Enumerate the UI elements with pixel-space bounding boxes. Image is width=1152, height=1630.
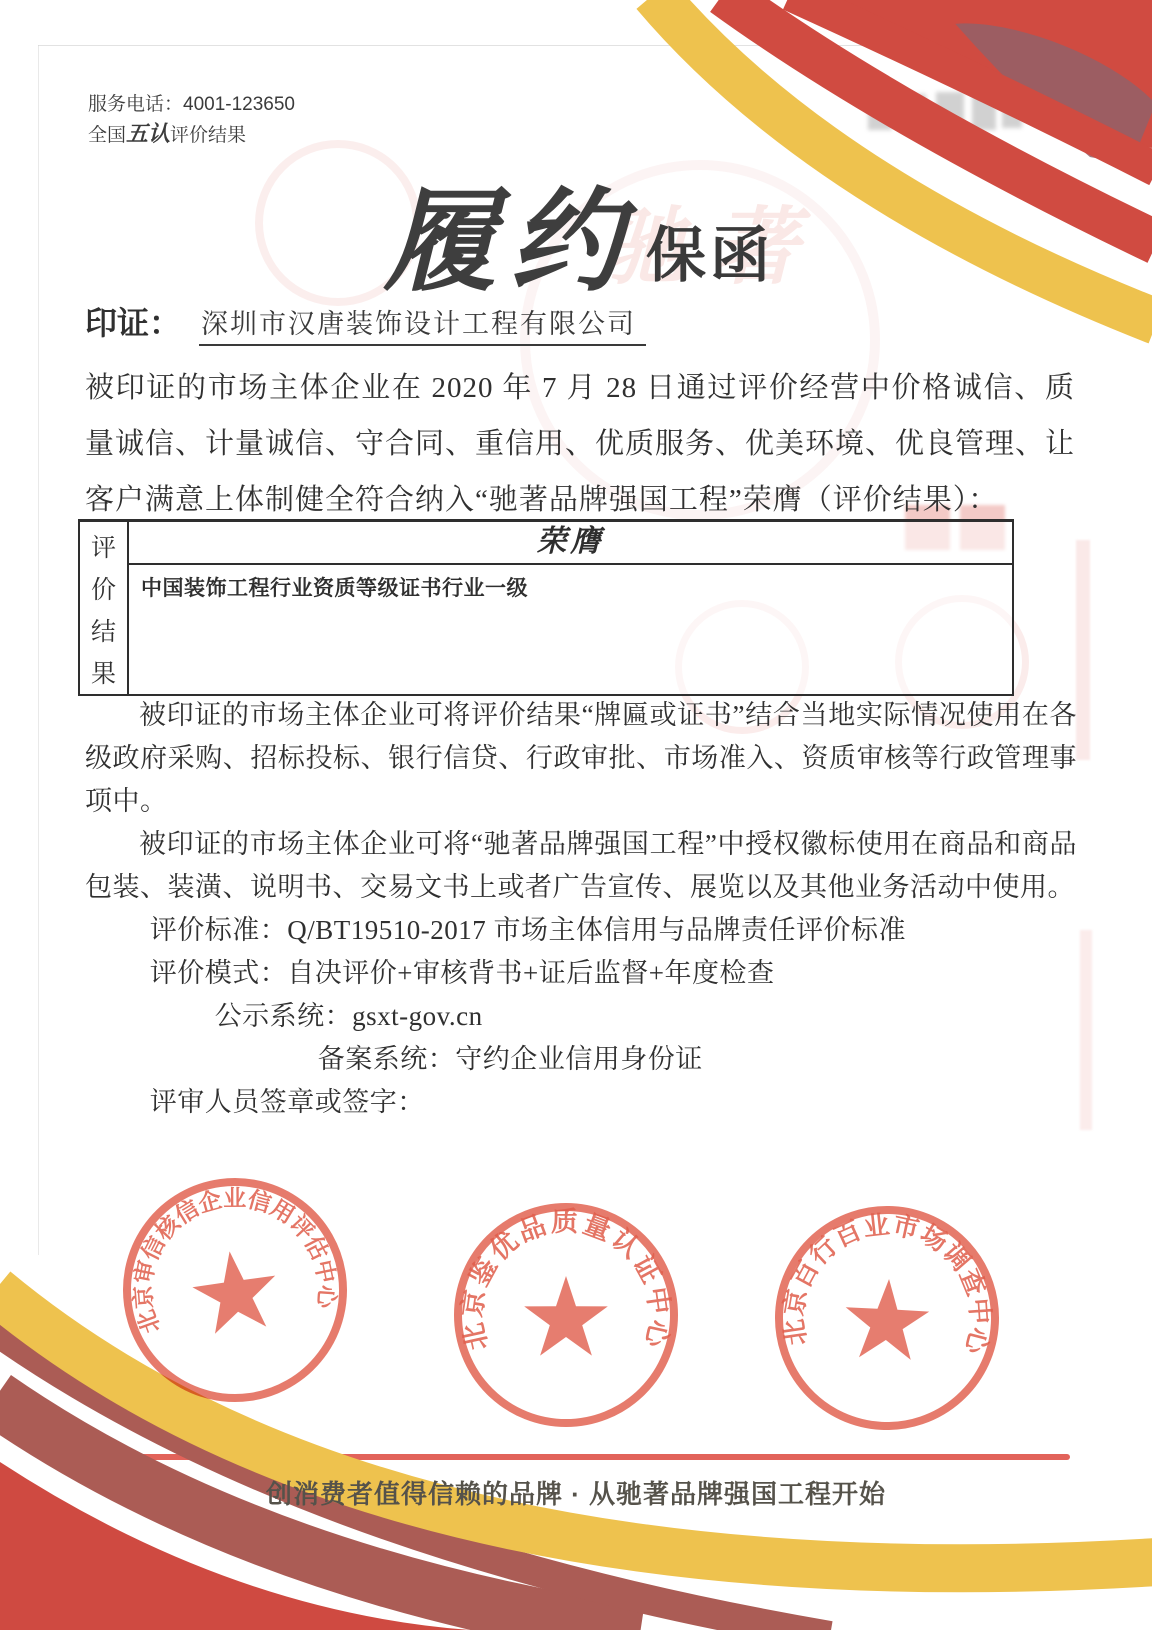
signature-line: 评审人员签章或签字： xyxy=(85,1081,1077,1124)
bleedthrough-artifact xyxy=(936,92,964,132)
table-body: 荣膺 中国装饰工程行业资质等级证书行业一级 xyxy=(129,522,1012,694)
record-system: 备案系统：守约企业信用身份证 xyxy=(253,1038,703,1081)
table-cell: 中国装饰工程行业资质等级证书行业一级 xyxy=(129,565,1012,694)
evaluation-result-label: 全国五认评价结果 xyxy=(88,119,295,150)
public-system: 公示系统：gsxt-gov.cn xyxy=(150,995,483,1038)
body-text-block: 被印证的市场主体企业可将评价结果“牌匾或证书”结合当地实际情况使用在各级政府采购… xyxy=(85,694,1077,1124)
star-icon xyxy=(843,1277,931,1361)
footer-divider-line xyxy=(95,1454,1070,1460)
body-paragraph: 被印证的市场主体企业在 2020 年 7 月 28 日通过评价经营中价格诚信、质… xyxy=(85,360,1075,528)
bleedthrough-artifact xyxy=(900,94,926,132)
body-paragraph: 被印证的市场主体企业可将评价结果“牌匾或证书”结合当地实际情况使用在各级政府采购… xyxy=(85,694,1077,823)
mode-line: 评价模式：自决评价+审核背书+证后监督+年度检查 xyxy=(85,952,1077,995)
bleedthrough-artifact xyxy=(972,94,996,130)
evaluation-result-table: 评 价 结 果 荣膺 中国装饰工程行业资质等级证书行业一级 xyxy=(78,519,1014,696)
bleedthrough-artifact xyxy=(1076,540,1090,760)
seal-stamp: 北京百行百业市场调查中心 xyxy=(756,1187,1019,1450)
table-column-header: 荣膺 xyxy=(129,522,1012,565)
header-info: 服务电话：4001-123650 全国五认评价结果 xyxy=(88,90,295,150)
seal-stamp: 北京鉴优品质量认证中心 xyxy=(441,1190,691,1440)
document-page: 驰著 服务电话：4001-123650 全国五认评价结果 履约 xyxy=(0,0,1152,1630)
title-normal: 保函 xyxy=(646,222,774,289)
bleedthrough-artifact xyxy=(1080,930,1092,1130)
star-icon xyxy=(524,1276,608,1356)
certified-company-name: 深圳市汉唐装饰设计工程有限公司 xyxy=(199,309,646,346)
bleedthrough-artifact xyxy=(868,96,892,130)
title-calligraphy: 履约 xyxy=(384,181,636,305)
systems-line: 公示系统：gsxt-gov.cn备案系统：守约企业信用身份证 xyxy=(85,995,1077,1081)
certification-line: 印证： 深圳市汉唐装饰设计工程有限公司 xyxy=(85,298,646,344)
page-title: 履约 保函 xyxy=(0,152,1152,313)
star-icon xyxy=(188,1246,282,1336)
table-row-header: 评 价 结 果 xyxy=(80,522,129,694)
footer-tagline: 创消费者值得信赖的品牌 · 从驰著品牌强国工程开始 xyxy=(0,1474,1152,1511)
seal-stamp: 北京审信核信企业信用评估中心 xyxy=(94,1149,376,1431)
certify-label: 印证： xyxy=(85,305,181,341)
swoosh-band xyxy=(790,0,1152,170)
script-text: 五认 xyxy=(126,121,170,146)
bleedthrough-artifact xyxy=(1002,96,1022,128)
body-paragraph: 被印证的市场主体企业可将“驰著品牌强国工程”中授权徽标使用在商品和商品包装、装潢… xyxy=(85,823,1077,909)
service-phone: 服务电话：4001-123650 xyxy=(88,90,295,119)
page-edge-line xyxy=(38,45,868,46)
standard-line: 评价标准：Q/BT19510-2017 市场主体信用与品牌责任评价标准 xyxy=(85,909,1077,952)
